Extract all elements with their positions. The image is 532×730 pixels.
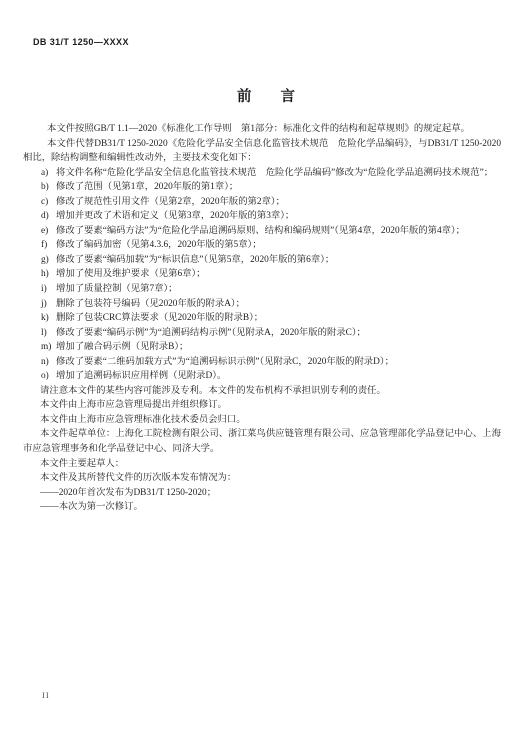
change-list-item: j)删除了包装符号编码（见2020年版的附录A）； [23,297,501,312]
list-item-marker: m) [41,340,51,355]
change-list-item: k)删除了包装CRC算法要求（见2020年版的附录B）； [23,311,501,326]
list-item-text: 修改了要素“编码加载”为“标识信息”（见第5章，2020年版的第6章）； [56,255,334,265]
list-item-text: 修改了范围（见第1章，2020年版的第1章）； [56,182,238,192]
paragraph: 本文件起草单位：上海化工院检测有限公司、浙江菜鸟供应链管理有限公司、应急管理部化… [23,427,501,456]
change-list-item: b)修改了范围（见第1章，2020年版的第1章）； [23,180,501,195]
change-list-item: e)修改了要素“编码方法”为“危险化学品追溯码原则、结构和编码规则”（见第4章，… [23,224,501,239]
foreword-body: 本文件按照GB/T 1.1—2020《标准化工作导则 第1部分：标准化文件的结构… [23,122,501,515]
list-item-text: 增加并更改了术语和定义（见第3章，2020年版的第3章）； [56,211,294,221]
list-item-text: 删除了包装符号编码（见2020年版的附录A）； [56,299,245,309]
list-item-marker: k) [41,311,49,326]
paragraph: 本文件由上海市应急管理局提出并组织修订。 [23,398,501,413]
change-list-item: i)增加了质量控制（见第7章）； [23,282,501,297]
list-item-marker: l) [41,326,47,341]
list-item-marker: c) [41,195,48,210]
page-number: II [42,690,50,700]
list-item-marker: e) [41,224,48,239]
list-item-marker: n) [41,355,49,370]
foreword-intro-paragraphs: 本文件按照GB/T 1.1—2020《标准化工作导则 第1部分：标准化文件的结构… [23,122,501,166]
paragraph: 本文件按照GB/T 1.1—2020《标准化工作导则 第1部分：标准化文件的结构… [23,122,501,137]
paragraph: 本文件代替DB31/T 1250-2020《危险化学品安全信息化监管技术规范 危… [23,137,501,166]
list-item-text: 将文件名称“危险化学品安全信息化监管技术规范 危险化学品编码”修改为“危险化学品… [56,168,493,178]
change-list-item: c)修改了规范性引用文件（见第2章，2020年版的第2章）； [23,195,501,210]
page-title: 前 言 [0,85,532,106]
change-list-item: g)修改了要素“编码加载”为“标识信息”（见第5章，2020年版的第6章）； [23,253,501,268]
change-list: a)将文件名称“危险化学品安全信息化监管技术规范 危险化学品编码”修改为“危险化… [23,166,501,384]
paragraph: 请注意本文件的某些内容可能涉及专利。本文件的发布机构不承担识别专利的责任。 [23,384,501,399]
paragraph: ——本次为第一次修订。 [23,500,501,515]
list-item-marker: b) [41,180,49,195]
list-item-marker: a) [41,166,48,181]
list-item-marker: d) [41,209,49,224]
list-item-text: 修改了编码加密（见第4.3.6，2020年版的第5章）； [56,240,262,250]
list-item-marker: g) [41,253,49,268]
change-list-item: l)修改了要素“编码示例”为“追溯码结构示例”（见附录A，2020年版的附录C）… [23,326,501,341]
list-item-text: 增加了使用及维护要求（见第6章）； [56,269,206,279]
foreword-note-paragraphs: 请注意本文件的某些内容可能涉及专利。本文件的发布机构不承担识别专利的责任。本文件… [23,384,501,515]
change-list-item: a)将文件名称“危险化学品安全信息化监管技术规范 危险化学品编码”修改为“危险化… [23,166,501,181]
standard-code: DB 31/T 1250—XXXX [33,37,129,47]
paragraph: 本文件主要起草人： [23,457,501,472]
change-list-item: f)修改了编码加密（见第4.3.6，2020年版的第5章）； [23,238,501,253]
paragraph: 本文件由上海市应急管理标准化技术委员会归口。 [23,413,501,428]
list-item-marker: o) [41,369,49,384]
change-list-item: o)增加了追溯码标识应用样例（见附录D）。 [23,369,501,384]
list-item-text: 修改了要素“二维码加载方式”为“追溯码标识示例”（见附录C，2020年版的附录D… [56,357,394,367]
list-item-text: 修改了规范性引用文件（见第2章，2020年版的第2章）； [56,197,285,207]
paragraph: ——2020年首次发布为DB31/T 1250-2020； [23,486,501,501]
change-list-item: h)增加了使用及维护要求（见第6章）； [23,267,501,282]
list-item-text: 修改了要素“编码示例”为“追溯码结构示例”（见附录A，2020年版的附录C）； [56,328,366,338]
list-item-marker: j) [41,297,47,312]
list-item-text: 增加了质量控制（见第7章）； [56,284,177,294]
document-page: DB 31/T 1250—XXXX 前 言 本文件按照GB/T 1.1—2020… [0,0,532,730]
change-list-item: n)修改了要素“二维码加载方式”为“追溯码标识示例”（见附录C，2020年版的附… [23,355,501,370]
change-list-item: m)增加了融合码示例（见附录B）； [23,340,501,355]
change-list-item: d)增加并更改了术语和定义（见第3章，2020年版的第3章）； [23,209,501,224]
paragraph: 本文件及其所替代文件的历次版本发布情况为： [23,471,501,486]
list-item-marker: i) [41,282,47,297]
list-item-marker: f) [41,238,47,253]
list-item-marker: h) [41,267,49,282]
list-item-text: 修改了要素“编码方法”为“危险化学品追溯码原则、结构和编码规则”（见第4章，20… [56,226,465,236]
list-item-text: 增加了融合码示例（见附录B）； [56,342,188,352]
list-item-text: 增加了追溯码标识应用样例（见附录D）。 [56,371,226,381]
list-item-text: 删除了包装CRC算法要求（见2020年版的附录B）； [56,313,263,323]
